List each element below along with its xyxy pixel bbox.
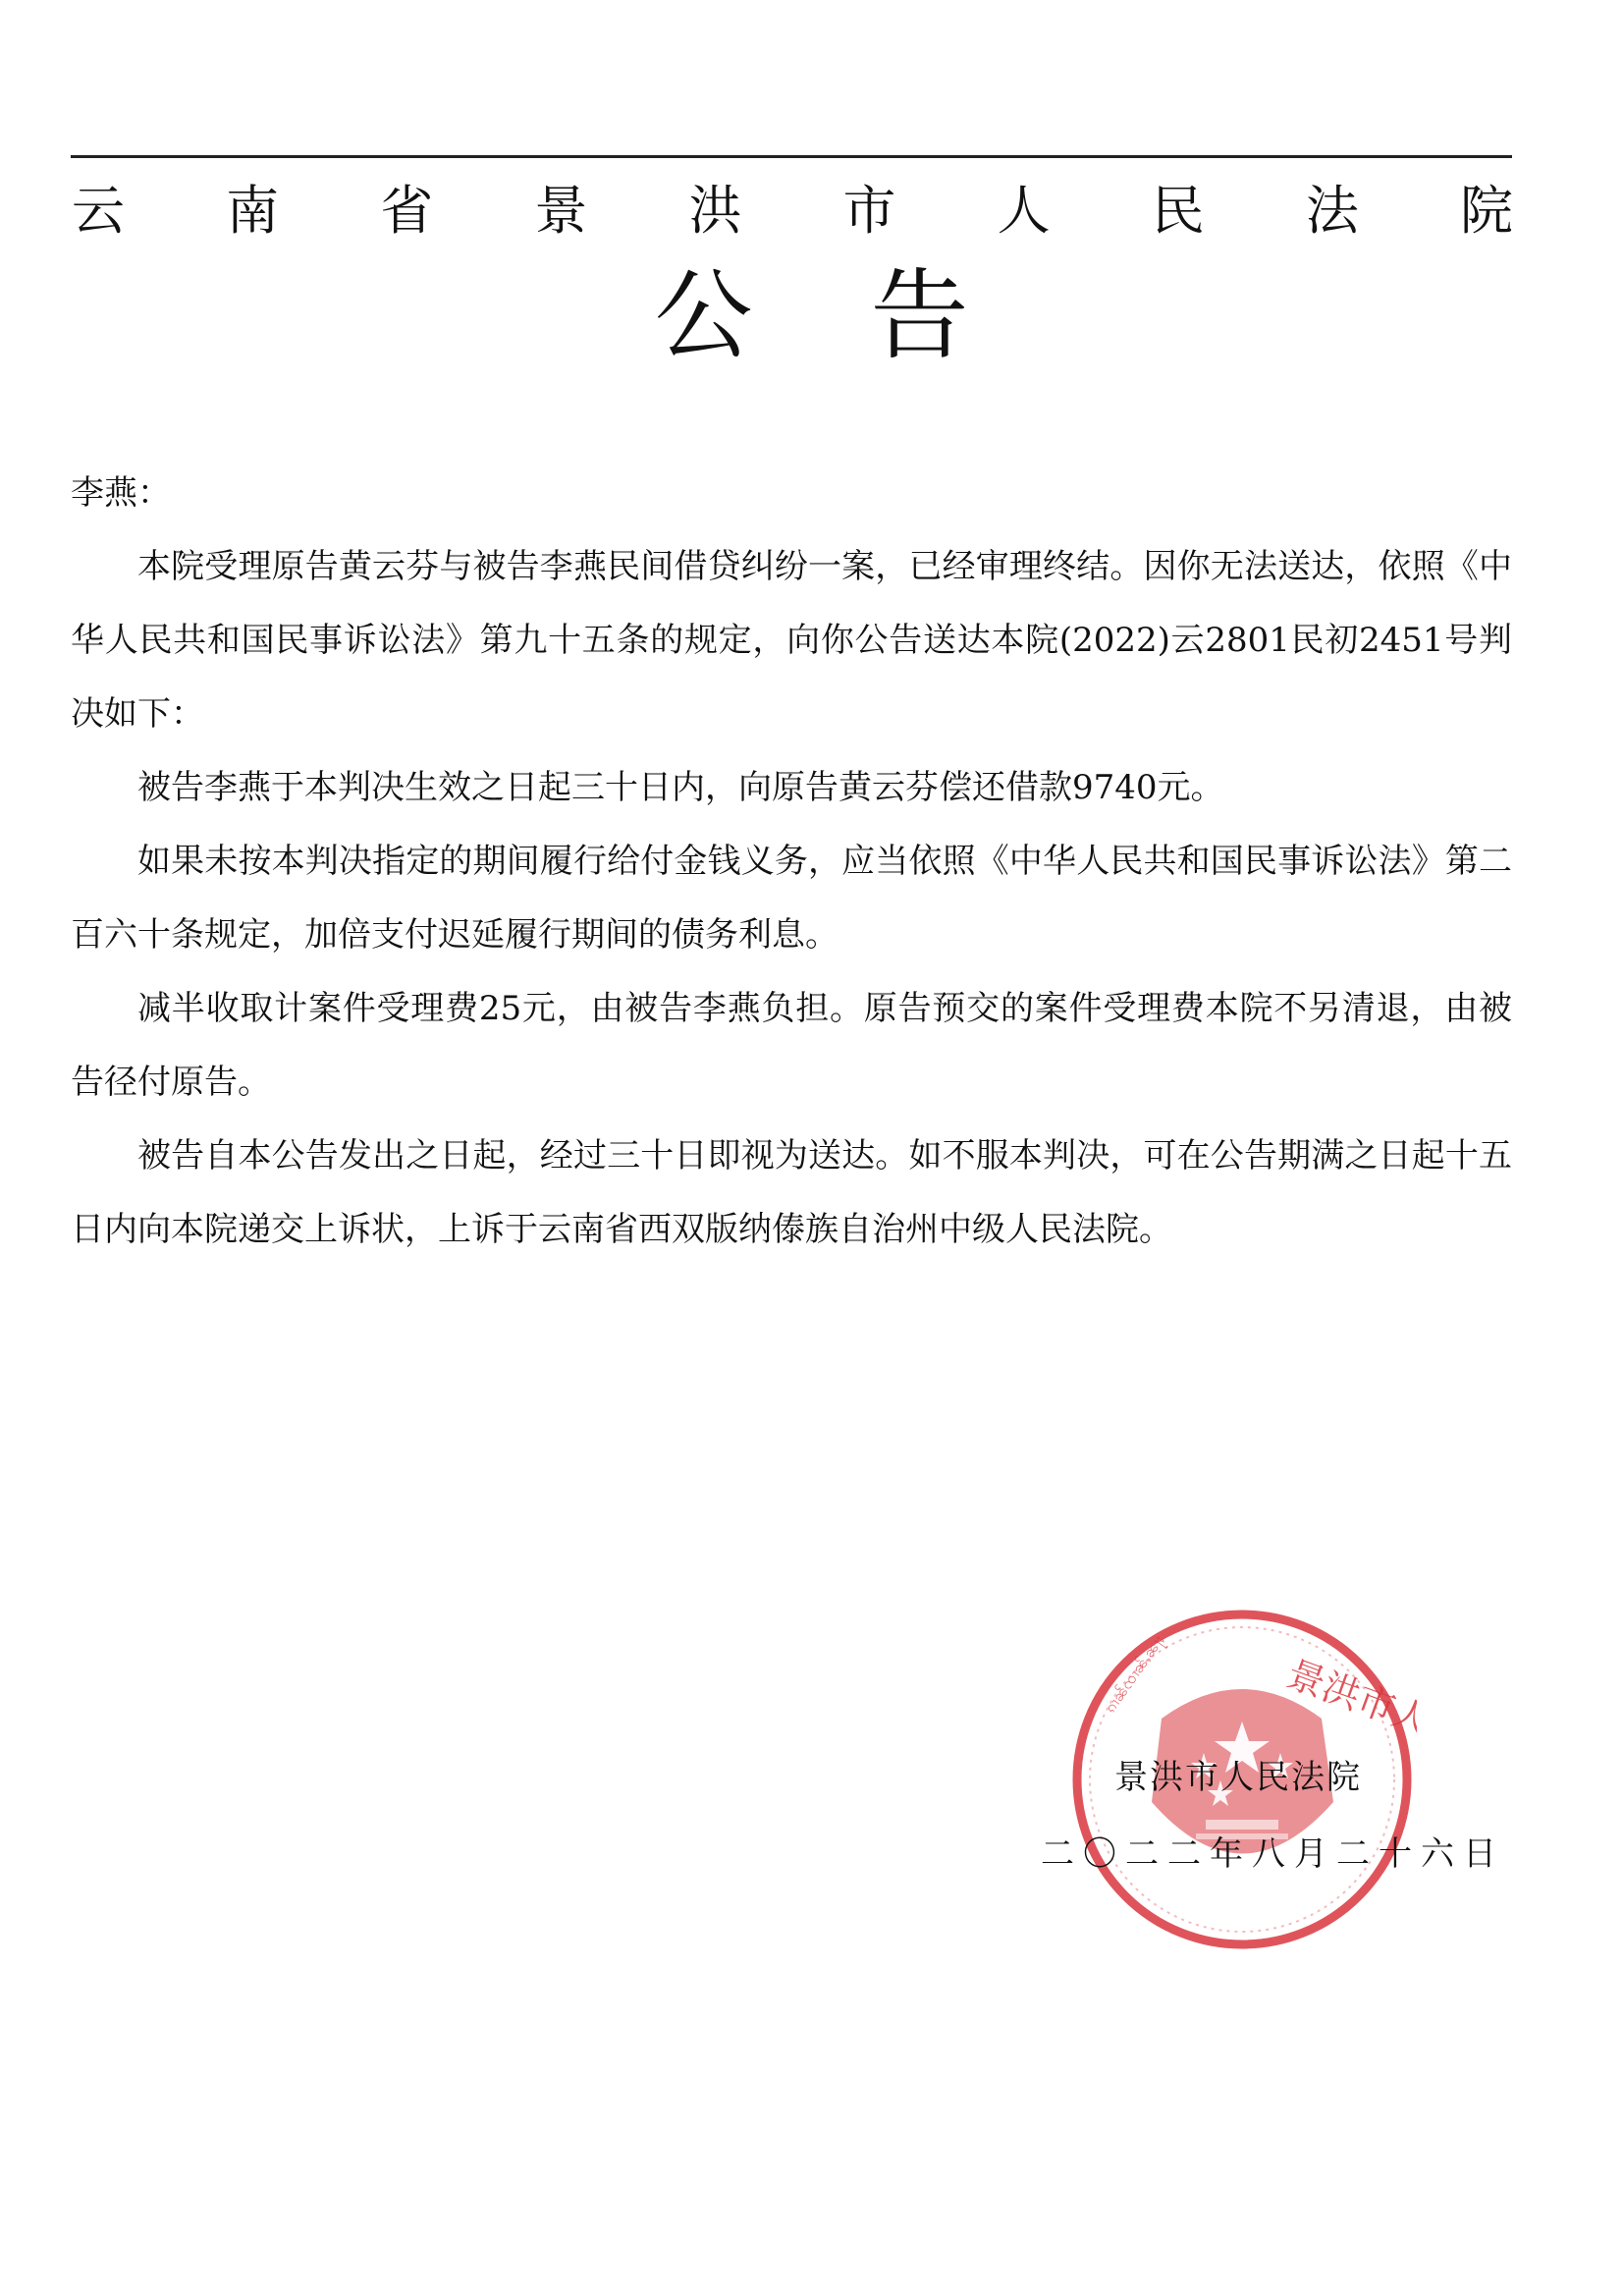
court-name-char: 南 <box>225 169 280 245</box>
doc-title-char: 公 <box>655 257 753 375</box>
doc-title-char: 告 <box>871 257 969 375</box>
court-name-char: 洪 <box>687 169 742 245</box>
paragraph: 如果未按本判决指定的期间履行给付金钱义务，应当依照《中华人民共和国民事诉讼法》第… <box>71 825 1512 972</box>
court-name-char: 景 <box>533 169 588 245</box>
court-name-char: 云 <box>71 169 126 245</box>
court-name-char: 市 <box>842 169 897 245</box>
notice-body: 李燕： 本院受理原告黄云芬与被告李燕民间借贷纠纷一案，已经审理终结。因你无法送达… <box>71 457 1512 1267</box>
paragraph: 被告李燕于本判决生效之日起三十日内，向原告黄云芬偿还借款9740元。 <box>71 751 1512 825</box>
document-title: 公告 <box>0 257 1623 375</box>
court-name-char: 人 <box>997 169 1052 245</box>
paragraph: 减半收取计案件受理费25元，由被告李燕负担。原告预交的案件受理费本院不另清退，由… <box>71 972 1512 1120</box>
header-rule <box>71 155 1512 158</box>
paragraph: 本院受理原告黄云芬与被告李燕民间借贷纠纷一案，已经审理终结。因你无法送达，依照《… <box>71 530 1512 751</box>
court-name-char: 民 <box>1151 169 1206 245</box>
signature-court-name: 景洪市人民法院 <box>1114 1758 1362 1797</box>
salutation: 李燕： <box>71 457 1512 530</box>
court-name-heading: 云 南 省 景 洪 市 人 民 法 院 <box>71 175 1514 238</box>
court-name-char: 法 <box>1305 169 1360 245</box>
court-name-char: 院 <box>1459 169 1514 245</box>
paragraph: 被告自本公告发出之日起，经过三十日即视为送达。如不服本判决，可在公告期满之日起十… <box>71 1120 1512 1267</box>
signature-date-text: 二〇二二年八月二十六日 <box>1041 1834 1505 1874</box>
court-name-char: 省 <box>379 169 434 245</box>
